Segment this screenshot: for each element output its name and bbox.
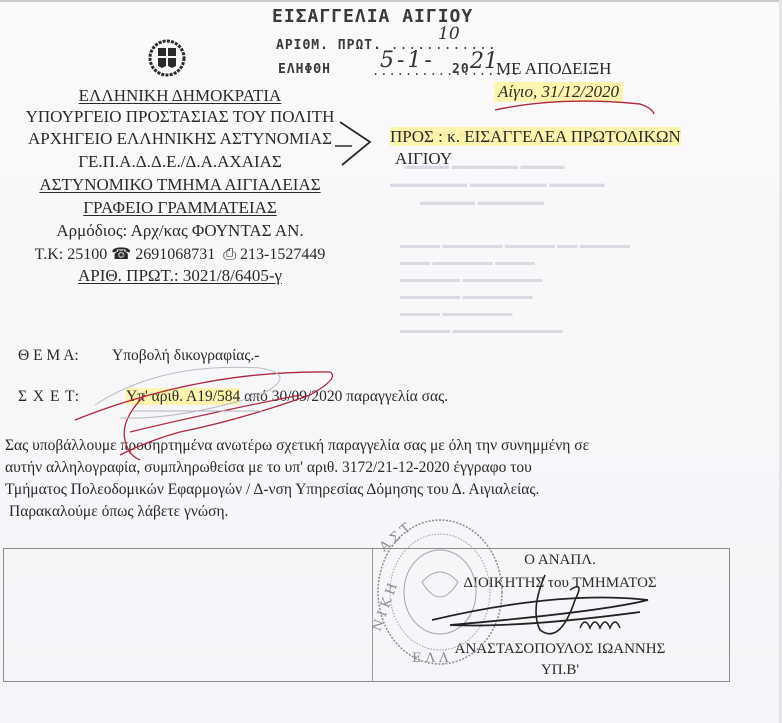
header-department: ΑΣΤΥΝΟΜΙΚΟ ΤΜΗΜΑ ΑΙΓΙΑΛΕΙΑΣ <box>0 175 360 195</box>
scanned-document-page: ▬▬▬▬▬ ▬▬▬▬▬▬ ▬▬▬▬ ▬▬▬▬▬▬ ▬▬▬▬ ▬▬▬▬▬▬▬ ▬▬… <box>0 0 782 723</box>
recipient-line-1: ΠΡΟΣ : κ. ΕΙΣΑΓΓΕΛΕΑ ΠΡΩΤΟΔΙΚΩΝ <box>390 127 681 147</box>
header-police-hq: ΑΡΧΗΓΕΙΟ ΕΛΛΗΝΙΚΗΣ ΑΣΤΥΝΟΜΙΑΣ <box>0 129 360 149</box>
stamp-received-date: 5-1- <box>380 48 435 73</box>
header-republic: ΕΛΛΗΝΙΚΗ ΔΗΜΟΚΡΑΤΙΑ <box>0 86 360 106</box>
place-date: Αίγιο, 31/12/2020 <box>494 82 623 102</box>
svg-text:Α Σ Τ: Α Σ Τ <box>376 521 414 556</box>
phone-icon: ☎ <box>111 246 131 263</box>
greek-coat-of-arms-icon <box>147 38 187 78</box>
header-office: ΓΡΑΦΕΙΟ ΓΡΑΜΜΑΤΕΙΑΣ <box>0 198 360 218</box>
recipient-line-2: ΑΙΓΙΟΥ <box>395 149 452 169</box>
stamp-protocol-label-text: ΑΡΙΘΜ. ΠΡΩΤ. <box>276 38 382 53</box>
header-ministry: ΥΠΟΥΡΓΕΙΟ ΠΡΟΣΤΑΣΙΑΣ ΤΟΥ ΠΟΛΙΤΗ <box>0 107 360 127</box>
subject-value: Υποβολή δικογραφίας.- <box>112 347 260 365</box>
fax-icon: ⎙ <box>223 246 236 263</box>
recipient-text: ΠΡΟΣ : κ. ΕΙΣΑΓΓΕΛΕΑ ΠΡΩΤΟΔΙΚΩΝ <box>390 127 681 146</box>
top-border <box>0 0 782 2</box>
body-line-2: αυτήν αλληλογραφία, συμπληρωθείσα με το … <box>5 459 532 477</box>
reference-highlighted: Υπ' αριθ. Α19/584 <box>126 388 240 405</box>
header-responsible-officer: Αρμόδιος: Αρχ/κας ΦΟΥΝΤΑΣ ΑΝ. <box>0 221 360 241</box>
body-line-4: Παρακαλούμε όπως λάβετε γνώση. <box>9 503 228 521</box>
header-directorate: ΓΕ.Π.Α.Δ.Δ.Ε./Δ.Α.ΑΧΑΙΑΣ <box>0 152 360 172</box>
header-protocol-number: ΑΡΙΘ. ΠΡΩΤ.: 3021/8/6405-γ <box>0 266 360 286</box>
reference-label: Σ Χ Ε Τ: <box>18 388 80 406</box>
body-line-1: Σας υποβάλλουμε προσηρτημένα ανωτέρω σχε… <box>5 437 589 455</box>
postal-code: Τ.Κ: 25100 <box>35 246 108 263</box>
stamp-received-year-hand: 21 <box>470 49 498 74</box>
svg-text:Ν Ι Κ Η: Ν Ι Κ Η <box>372 581 401 633</box>
phone-number: 2691068731 <box>135 246 215 263</box>
stamp-received-label: ΕΛΗΦΘΗ <box>278 62 331 77</box>
svg-text:Ε Λ Λ: Ε Λ Λ <box>412 651 449 666</box>
header-contact: Τ.Κ: 25100 ☎ 2691068731 ⎙ 213-1527449 <box>0 244 360 264</box>
reference-value: Υπ' αριθ. Α19/584 από 30/09/2020 παραγγε… <box>126 388 448 406</box>
fax-number: 213-1527449 <box>240 246 325 263</box>
body-line-3: Τμήματος Πολεοδομικών Εφαρμογών / Δ-νση … <box>5 481 539 499</box>
stamp-received-year-prefix: 20 <box>452 62 470 77</box>
stamp-protocol-value: 10 <box>438 24 460 44</box>
subject-label: Θ Ε Μ Α: <box>18 347 79 365</box>
police-seal-icon: Α Σ Τ Ν Ι Κ Η Ε Λ Λ <box>372 512 512 672</box>
reference-rest: από 30/09/2020 παραγγελία σας. <box>244 388 448 405</box>
delivery-method: ΜΕ ΑΠΟΔΕΙΞΗ <box>496 59 611 79</box>
